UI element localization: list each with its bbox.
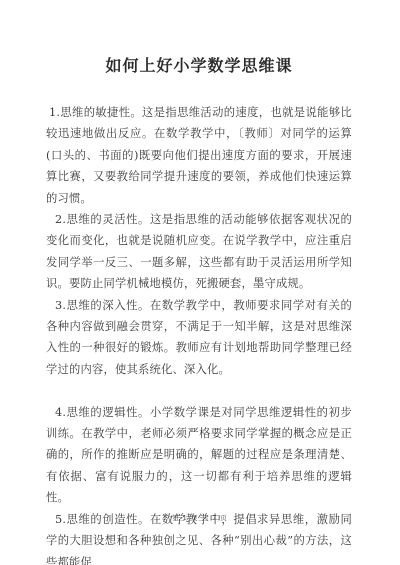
paragraph-3: 3.思维的深入性。在数学教学中，教师要求同学对有关的各种内容做到融会贯穿，不满足… [46,295,352,381]
paragraph-2: 2.思维的灵活性。这是指思维的活动能够依据客观状况的变化而变化，也就是说随机应变… [46,209,352,295]
paragraph-1: 1.思维的敏捷性。这是指思维活动的速度，也就是说能够比较迅速地做出反应。在数学教… [46,102,352,209]
document-title: 如何上好小学数学思维课 [46,56,352,76]
paragraph-4: 4.思维的逻辑性。小学数学课是对同学思维逻辑性的初步训练。在教学中，老师必须严格… [46,402,352,509]
document-page: 如何上好小学数学思维课 1.思维的敏捷性。这是指思维活动的速度，也就是说能够比较… [0,0,400,565]
document-body: 1.思维的敏捷性。这是指思维活动的速度，也就是说能够比较迅速地做出反应。在数学教… [46,102,352,565]
page-number-footer: 第 1 页 共 7 页 [0,513,400,522]
